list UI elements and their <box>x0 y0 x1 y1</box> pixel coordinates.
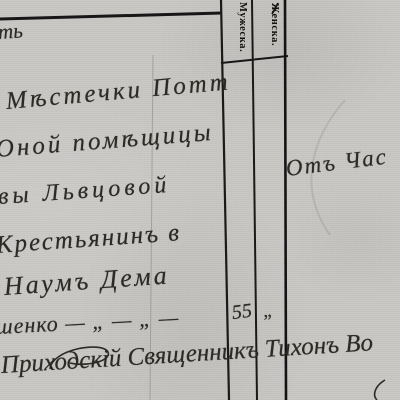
column-header-male: Мужеска. <box>237 2 248 52</box>
corner-flourish <box>375 380 385 400</box>
handwriting-age-male-column: 55 <box>231 300 254 325</box>
handwriting-corner-fragment: ть <box>0 18 24 45</box>
top-horizontal-rule <box>0 13 222 19</box>
column-header-female: Женска. <box>269 3 280 46</box>
register-scan-page: Мужеска. Женска. ть Мѣстечки Потт Оной п… <box>0 0 400 400</box>
header-bottom-rule <box>221 56 288 63</box>
handwriting-female-column-mark: „ <box>262 300 274 323</box>
